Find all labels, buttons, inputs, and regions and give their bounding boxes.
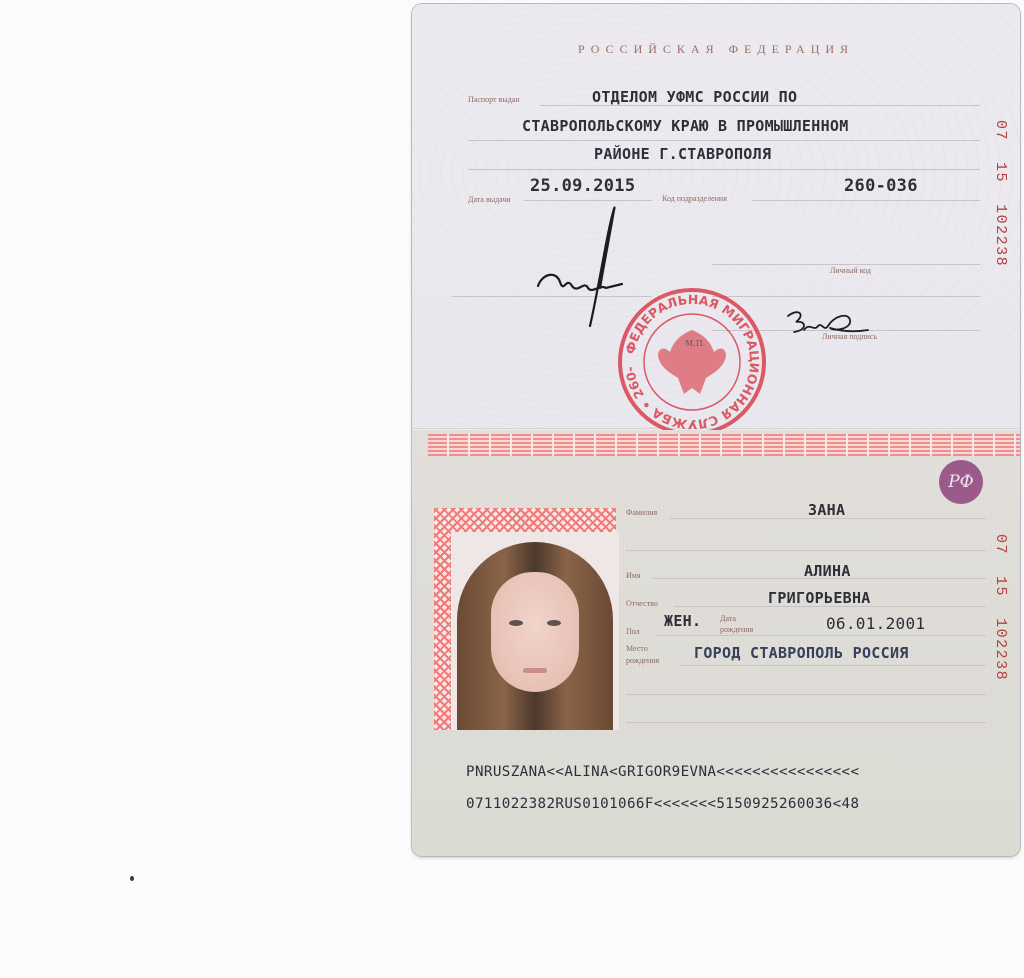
rule bbox=[468, 140, 980, 141]
photo-eye bbox=[547, 620, 561, 626]
serial-number-top: 07 15 102238 bbox=[992, 120, 1009, 267]
name-label: Имя bbox=[626, 571, 641, 580]
rule bbox=[626, 694, 986, 695]
issue-date-label: Дата выдачи bbox=[468, 195, 511, 204]
personal-code-label: Личный код bbox=[830, 266, 871, 275]
surname: ЗАНА bbox=[808, 501, 845, 519]
rf-monogram-icon: РФ bbox=[939, 460, 983, 504]
security-strip bbox=[428, 434, 1020, 456]
rule bbox=[626, 722, 986, 723]
issue-page: РОССИЙСКАЯ ФЕДЕРАЦИЯ Паспорт выдан ОТДЕЛ… bbox=[412, 4, 1020, 429]
scan-speck bbox=[130, 876, 134, 881]
serial-series-b: 15 bbox=[992, 162, 1009, 183]
surname-label: Фамилия bbox=[626, 508, 657, 517]
serial-series-b: 15 bbox=[992, 576, 1009, 597]
patronymic: ГРИГОРЬЕВНА bbox=[768, 589, 871, 607]
passport-spread: РОССИЙСКАЯ ФЕДЕРАЦИЯ Паспорт выдан ОТДЕЛ… bbox=[412, 4, 1020, 856]
serial-number: 102238 bbox=[992, 204, 1009, 267]
country-title: РОССИЙСКАЯ ФЕДЕРАЦИЯ bbox=[412, 42, 1020, 57]
holder-signature bbox=[784, 304, 874, 344]
rule bbox=[656, 635, 986, 636]
given-name: АЛИНА bbox=[804, 562, 851, 580]
serial-number-bottom: 07 15 102238 bbox=[992, 534, 1009, 681]
rule bbox=[752, 200, 980, 201]
issued-by-line-2: СТАВРОПОЛЬСКОМУ КРАЮ В ПРОМЫШЛЕННОМ bbox=[522, 117, 849, 135]
holder-photo bbox=[451, 532, 619, 730]
rule bbox=[712, 264, 980, 265]
rule bbox=[468, 169, 980, 170]
svg-text:М.П.: М.П. bbox=[685, 339, 705, 348]
issued-by-line-3: РАЙОНЕ Г.СТАВРОПОЛЯ bbox=[594, 145, 771, 163]
division-code: 260-036 bbox=[844, 176, 918, 196]
mrz-line-2: 0711022382RUS0101066F<<<<<<<515092526003… bbox=[466, 796, 859, 812]
birth-date-label-2: рождения bbox=[720, 625, 753, 634]
serial-number: 102238 bbox=[992, 618, 1009, 681]
mrz-line-1: PNRUSZANA<<ALINA<GRIGOR9EVNA<<<<<<<<<<<<… bbox=[466, 764, 859, 780]
serial-series-a: 07 bbox=[992, 120, 1009, 141]
rule bbox=[626, 550, 986, 551]
photo-mouth bbox=[523, 668, 547, 673]
issued-by-label: Паспорт выдан bbox=[468, 95, 520, 104]
patronymic-label: Отчество bbox=[626, 599, 658, 608]
birth-date: 06.01.2001 bbox=[826, 614, 925, 633]
birth-place-label-1: Место bbox=[626, 644, 648, 653]
birth-date-label-1: Дата bbox=[720, 614, 736, 623]
sex-label: Пол bbox=[626, 627, 640, 636]
sex: ЖЕН. bbox=[664, 612, 701, 630]
serial-series-a: 07 bbox=[992, 534, 1009, 555]
official-stamp: ФЕДЕРАЛЬНАЯ МИГРАЦИОННАЯ СЛУЖБА • 260-03… bbox=[612, 282, 772, 442]
rule bbox=[524, 200, 652, 201]
issued-by-line-1: ОТДЕЛОМ УФМС РОССИИ ПО bbox=[592, 88, 797, 106]
photo-face bbox=[491, 572, 579, 692]
birth-place-label-2: рождения bbox=[626, 656, 659, 665]
issue-date: 25.09.2015 bbox=[530, 176, 635, 196]
division-code-label: Код подразделения bbox=[662, 194, 727, 203]
rule bbox=[680, 665, 986, 666]
birth-place: ГОРОД СТАВРОПОЛЬ РОССИЯ bbox=[694, 644, 909, 662]
photo-eye bbox=[509, 620, 523, 626]
